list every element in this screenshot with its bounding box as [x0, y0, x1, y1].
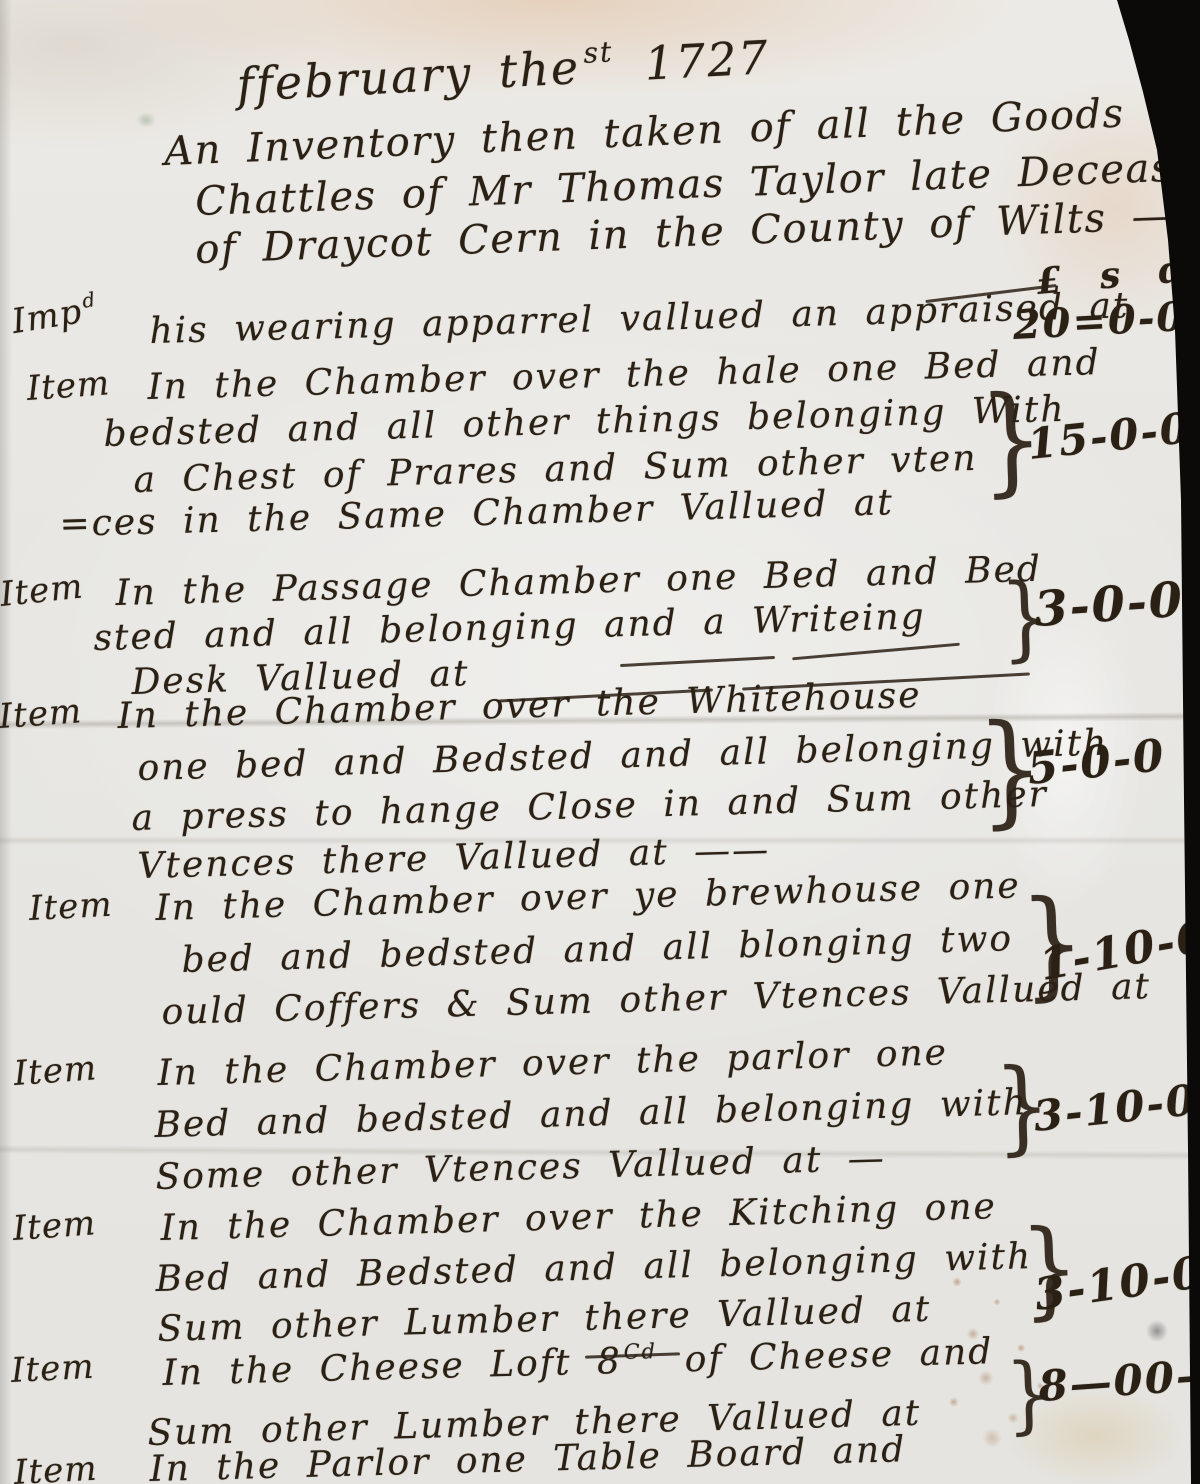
date-prefix: ffebruary the [235, 40, 581, 112]
entry-label: Item [12, 1206, 98, 1246]
entry-line: his wearing apparrel vallued an appraise… [149, 288, 1130, 350]
date-heading: ffebruary thest 1727 [236, 34, 771, 108]
entry-line: In the Chamber over the parlor one [157, 1035, 948, 1092]
entry-label: Item [13, 1051, 99, 1091]
entry-label-superscript: d [79, 288, 100, 313]
entry-line-text: of Cheese and [684, 1331, 994, 1380]
entry-line: bed and bedsted and all blonging two [181, 921, 1013, 979]
entry-value: 3-0-0 [1033, 576, 1186, 634]
ink-spot-stain [136, 112, 156, 128]
left-edge-shadow [0, 0, 12, 1484]
entry-value: 3-10-0 [1032, 1079, 1199, 1138]
underline-stroke [620, 656, 775, 667]
entry-value: 20=0-0 [1012, 297, 1187, 346]
entry-label-text: Imp [9, 291, 85, 342]
entry-line: In the Chamber over the Kitching one [160, 1189, 997, 1247]
entry-label: Item [0, 569, 85, 612]
entry-value: 5-0-0 [1025, 734, 1167, 792]
entry-line: a press to hange Close in and Sum other [131, 777, 1048, 837]
manuscript-scan: ffebruary thest 1727 An Inventory then t… [0, 0, 1200, 1484]
entry-line: Bed and bedsted and all belonging with [154, 1085, 1028, 1144]
entry-line: ould Coffers & Sum other Vtences Vallued… [161, 969, 1151, 1031]
gray-spot-stain [1146, 1320, 1168, 1342]
entry-label: Item [26, 366, 112, 406]
entry-label: Item [0, 694, 83, 734]
entry-label: Item [28, 888, 113, 926]
entry-label: Item [10, 1350, 95, 1388]
entry-label: Item [13, 1452, 98, 1484]
entry-label: Impd [10, 292, 102, 339]
date-year: 1727 [643, 30, 771, 90]
underline-stroke [792, 643, 960, 661]
entry-value: 8—00-0 [1037, 1353, 1200, 1408]
date-ordinal-superscript: st [578, 35, 618, 70]
hundredweight-superscript: Cd [621, 1339, 659, 1364]
entry-line-text: In the Cheese Loft 8 [162, 1341, 622, 1394]
